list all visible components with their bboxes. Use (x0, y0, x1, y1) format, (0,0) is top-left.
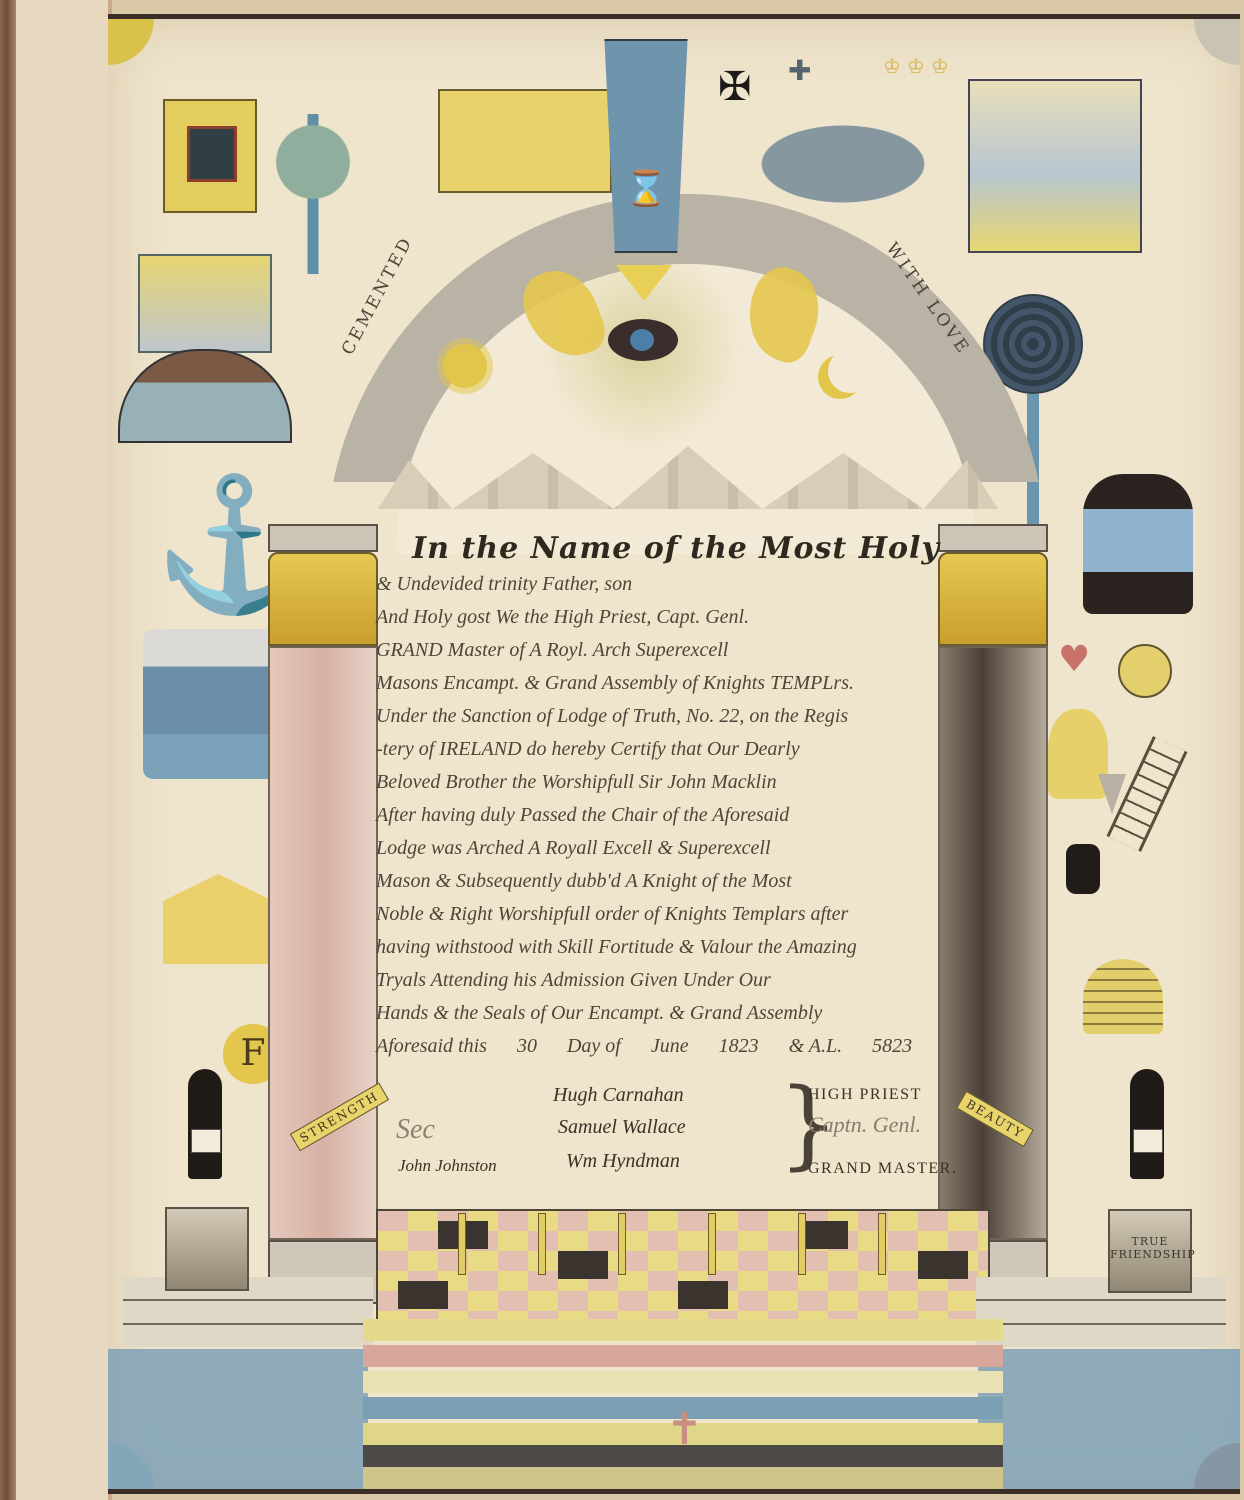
date-month: June (651, 1030, 689, 1063)
body-line: -tery of IRELAND do hereby Certify that … (376, 733, 976, 766)
beehive-icon (1083, 959, 1163, 1034)
pillar-shaft (268, 646, 378, 1240)
pedestal-right: TRUE FRIENDSHIP (1108, 1209, 1192, 1293)
body-line: Masons Encampt. & Grand Assembly of Knig… (376, 667, 976, 700)
blue-floor-right (978, 1349, 1240, 1489)
candlestick-icon (458, 1213, 466, 1275)
certificate-heading: In the Name of the Most Holy (376, 531, 976, 566)
date-line: Aforesaid this30Day ofJune1823& A.L.5823 (376, 1030, 976, 1063)
body-line: Under the Sanction of Lodge of Truth, No… (376, 700, 976, 733)
pavement-tile (918, 1251, 968, 1279)
temple-facade-icon (138, 254, 272, 353)
corner-ornament-top-left (108, 19, 154, 65)
body-line: Hands & the Seals of Our Encampt. & Gran… (376, 997, 976, 1030)
title-captain-general: Captn. Genl. (808, 1112, 921, 1138)
standing-figure-right (1130, 1069, 1164, 1179)
standing-figure-left (188, 1069, 222, 1179)
frame-edge (0, 0, 16, 1500)
title-grand-master: GRAND MASTER. (808, 1160, 957, 1178)
stone-worker-scene-icon (748, 119, 938, 209)
body-line: Noble & Right Worshipfull order of Knigh… (376, 898, 976, 931)
candlestick-icon (708, 1213, 716, 1275)
candlestick-icon (798, 1213, 806, 1275)
mat-border (16, 0, 112, 1500)
pillar-left (268, 524, 378, 1304)
date-prefix: Aforesaid this (376, 1030, 487, 1063)
crowns-icon: ♔♔♔ (883, 54, 955, 78)
blue-floor-left (108, 1349, 368, 1489)
secretary-label: Sec (396, 1114, 435, 1146)
body-line: After having duly Passed the Chair of th… (376, 799, 976, 832)
corinthian-capital (268, 552, 378, 646)
step (363, 1371, 1003, 1393)
body-line: Beloved Brother the Worshipfull Sir John… (376, 766, 976, 799)
step (363, 1319, 1003, 1341)
candlestick-icon (618, 1213, 626, 1275)
pedestal-right-label: TRUE FRIENDSHIP (1110, 1235, 1190, 1261)
cross-on-steps-icon: ✝ (666, 1404, 703, 1455)
ark-of-covenant-icon (438, 89, 612, 193)
body-line: Lodge was Arched A Royall Excell & Super… (376, 832, 976, 865)
flaming-heart-icon: ♥ (1058, 639, 1090, 680)
signature-captain-general: Samuel Wallace (558, 1116, 686, 1139)
pavement-tile (398, 1281, 448, 1309)
hourglass-icon: ⌛ (625, 169, 667, 209)
sun-icon (443, 344, 487, 388)
bridge-icon (118, 349, 292, 443)
noahs-ark-icon (143, 629, 283, 779)
candlestick-icon (878, 1213, 886, 1275)
hand-icon (1066, 844, 1100, 894)
all-seeing-eye-icon (608, 319, 678, 361)
temple-of-solomon-icon (968, 79, 1142, 253)
maltese-cross-icon: ✠ (718, 64, 752, 110)
pillar-abacus (268, 524, 378, 552)
corner-ornament-top-right (1194, 19, 1240, 65)
certificate-body: In the Name of the Most Holy & Undevided… (376, 531, 976, 1063)
body-line: & Undevided trinity Father, son (376, 568, 976, 601)
signature-block: Sec John Johnston Hugh Carnahan Samuel W… (378, 1074, 978, 1184)
step (363, 1345, 1003, 1367)
date-day: 30 (517, 1030, 537, 1063)
candlestick-icon (538, 1213, 546, 1275)
signature-grand-master: Wm Hyndman (566, 1150, 680, 1173)
mosaic-pavement (376, 1209, 990, 1323)
kneeling-figure-icon (1083, 474, 1193, 614)
masonic-apron (191, 1129, 221, 1153)
altar-of-incense-icon (163, 99, 257, 213)
masonic-apron (1133, 1129, 1163, 1153)
cross-icon: ✚ (788, 54, 811, 87)
anno-lucis-year: 5823 (872, 1030, 912, 1063)
signature-high-priest: Hugh Carnahan (553, 1084, 684, 1107)
certificate-paper: ⚓ F ♥ ✠ ✚ ♔♔♔ ⌛ CEMENTED WITH LOVE STREN… (108, 14, 1240, 1494)
body-line: Mason & Subsequently dubb'd A Knight of … (376, 865, 976, 898)
body-line: having withstood with Skill Fortitude & … (376, 931, 976, 964)
pavement-tile (558, 1251, 608, 1279)
step (363, 1467, 1003, 1489)
royal-arch-emblem-icon (163, 874, 273, 964)
star-emblem-icon (1118, 644, 1172, 698)
trowel-icon (1098, 774, 1126, 814)
pavement-tile (678, 1281, 728, 1309)
title-high-priest: HIGH PRIEST (808, 1086, 922, 1104)
tree-of-knowledge-icon (268, 114, 358, 274)
delta-triangle-icon (616, 265, 672, 301)
body-line: And Holy gost We the High Priest, Capt. … (376, 601, 976, 634)
date-day-of: Day of (567, 1030, 621, 1063)
crescent-moon-icon (828, 349, 872, 393)
body-line: GRAND Master of A Royl. Arch Superexcell (376, 634, 976, 667)
anno-lucis-label: & A.L. (789, 1030, 843, 1063)
secretary-signature: John Johnston (398, 1156, 497, 1176)
pedestal-left (165, 1207, 249, 1291)
body-line: Tryals Attending his Admission Given Und… (376, 964, 976, 997)
date-year: 1823 (719, 1030, 759, 1063)
